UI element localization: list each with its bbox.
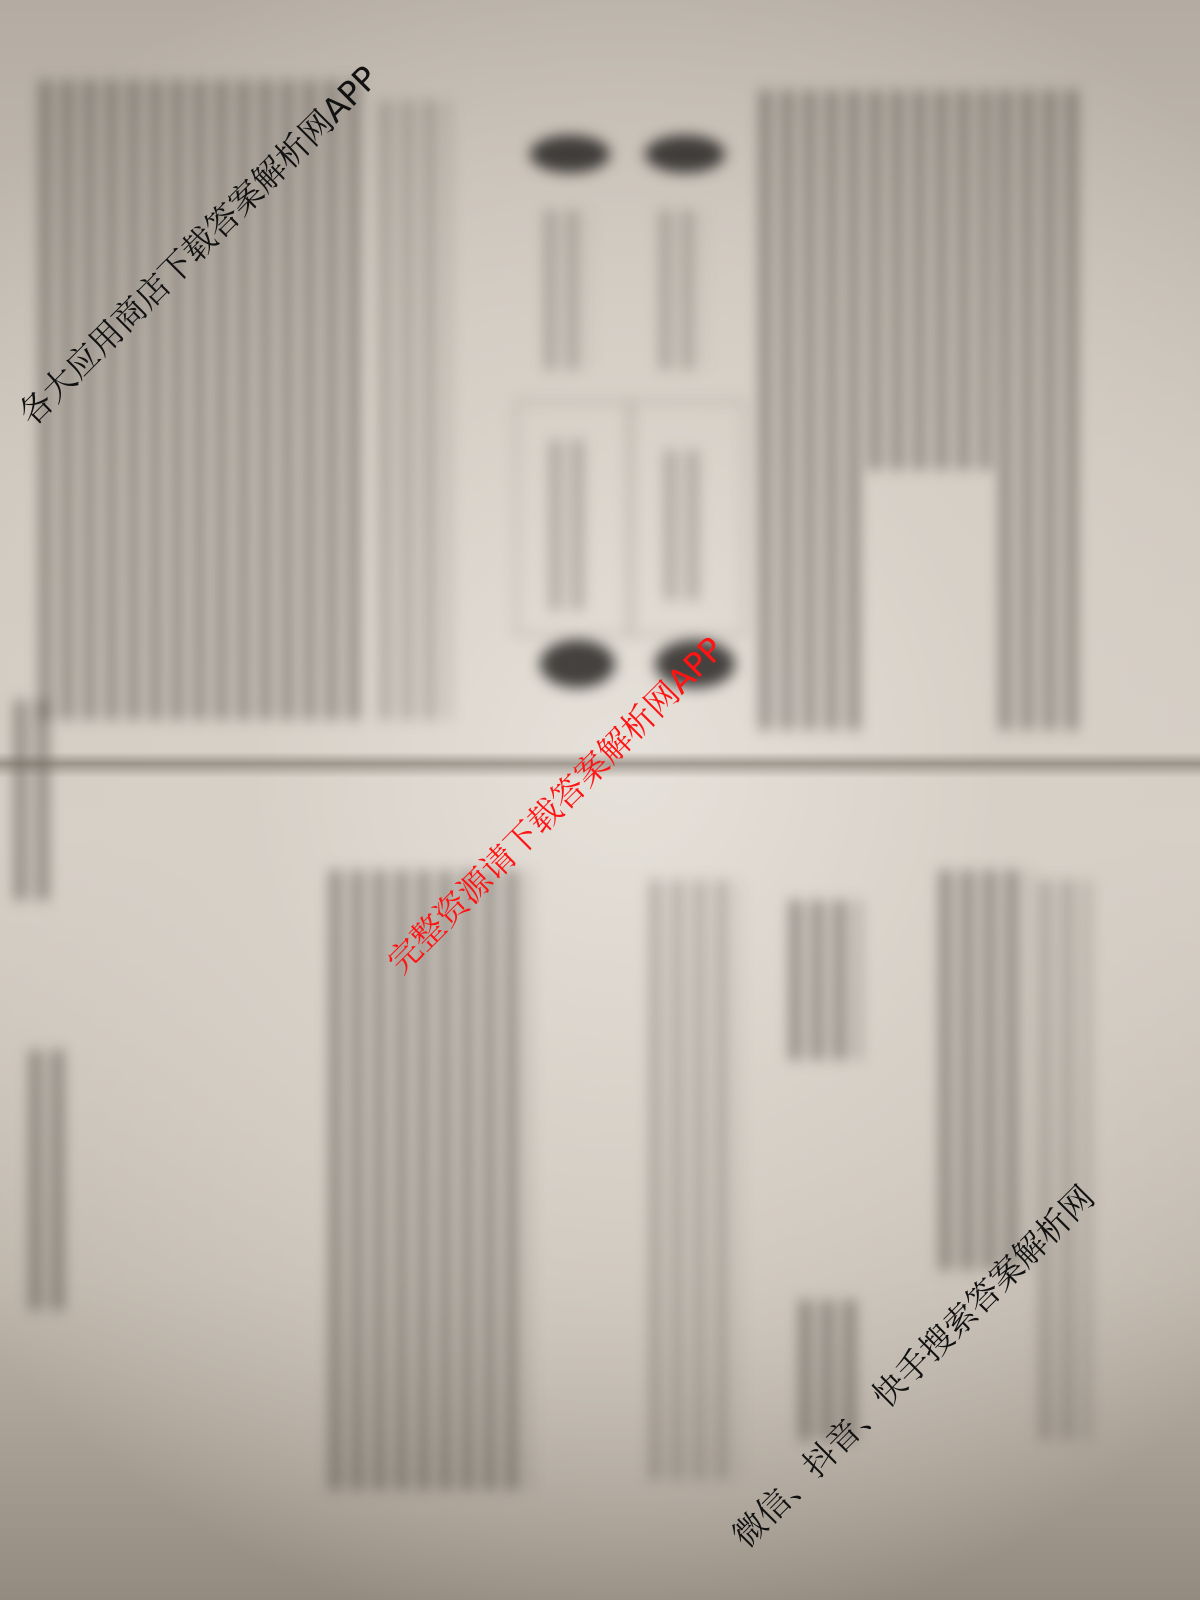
option-text	[665, 450, 705, 600]
text-block	[330, 870, 530, 1490]
text-block	[940, 870, 1030, 1270]
text-block	[1000, 90, 1080, 730]
text-block	[380, 100, 450, 720]
option-marker	[540, 640, 615, 688]
text-block	[40, 80, 370, 720]
text-block	[1040, 880, 1090, 1440]
option-marker	[645, 135, 725, 173]
option-text	[660, 210, 705, 370]
text-block	[870, 90, 990, 470]
page-number-block	[15, 700, 51, 900]
text-block	[650, 880, 740, 1480]
option-marker	[530, 135, 610, 173]
text-block	[790, 900, 860, 1060]
option-text	[550, 440, 590, 610]
option-text	[545, 210, 590, 370]
footer-block	[30, 1050, 66, 1310]
text-block	[760, 90, 860, 730]
